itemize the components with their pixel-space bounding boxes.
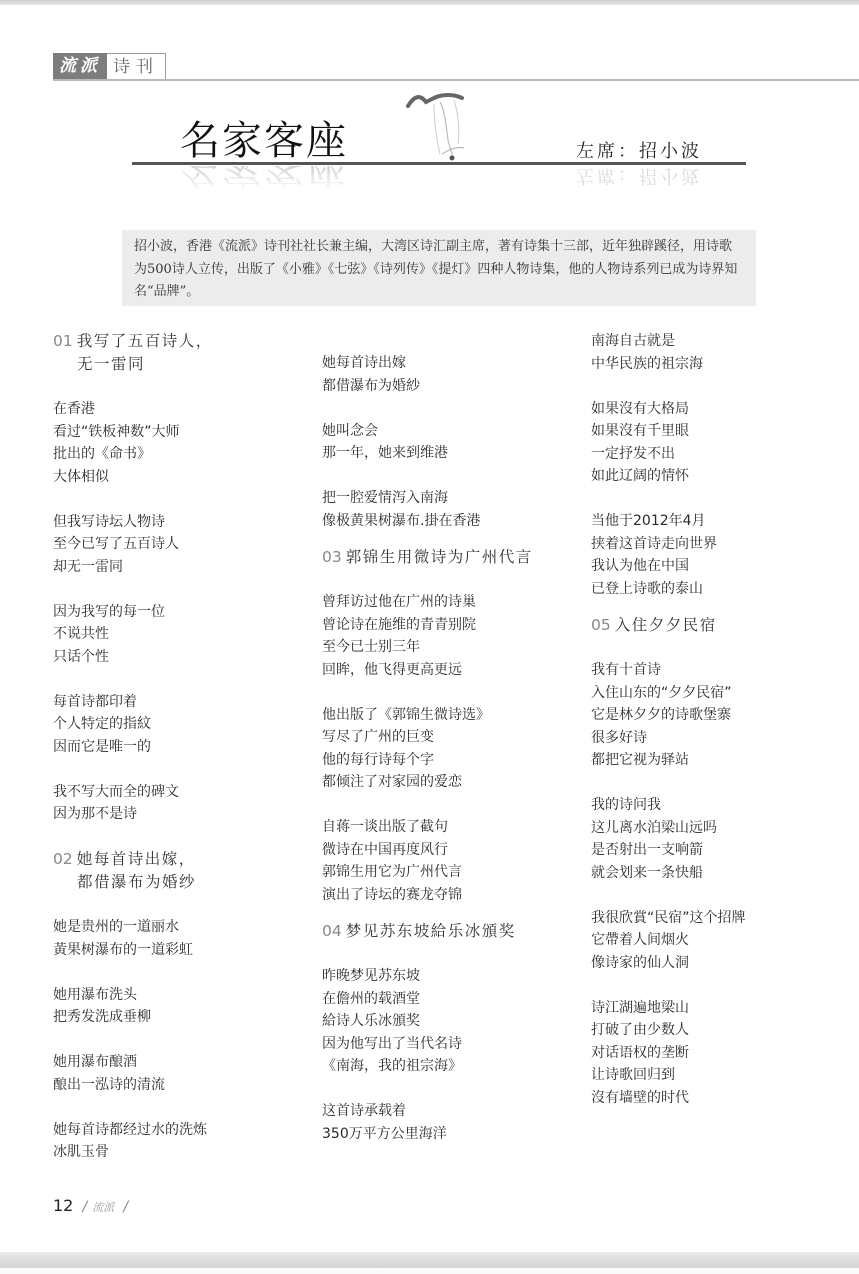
section-title-line2: 都借瀑布为婚纱 [53, 871, 303, 894]
poem-line: 黃果树瀑布的一道彩虹 [53, 939, 303, 962]
poem-line: 如果沒有千里眼 [591, 420, 841, 443]
host-byline-reflection: 左席：招小波 [576, 164, 702, 190]
poem-line: 不说共性 [53, 623, 303, 646]
poem-line: 350万平方公里海洋 [322, 1123, 572, 1146]
stanza: 如果沒有大格局 如果沒有千里眼 一定抒发不出 如此辽阔的情怀 [591, 398, 841, 488]
stanza: 曾拜访过他在广州的诗巢 曾论诗在施维的青青别院 至今已士别三年 回眸，他飞得更高… [322, 591, 572, 681]
stanza: 她用瀑布洗头 把秀发洗成垂柳 [53, 984, 303, 1029]
section-number: 05 [591, 616, 611, 634]
poem-line: 自蒋一谈出版了截句 [322, 816, 572, 839]
stanza: 在香港 看过“铁板神数”大师 批出的《命书》 大体相似 [53, 398, 303, 488]
stanza: 自蒋一谈出版了截句 微诗在中国再度风行 郭锦生用它为广州代言 演出了诗坛的赛龙夺… [322, 816, 572, 906]
poem-line: 至今已写了五百诗人 [53, 533, 303, 556]
poem-line: 它是林夕夕的诗歌堡寨 [591, 704, 841, 727]
poem-line: 沒有墙壁的时代 [591, 1087, 841, 1110]
section-heading-01: 01我写了五百诗人， 无一雷同 [53, 330, 303, 376]
footer-separator: / [123, 1199, 128, 1215]
poem-line: 給诗人乐冰頒奖 [322, 1010, 572, 1033]
poem-line: 当他于2012年4月 [591, 510, 841, 533]
stanza: 因为我写的每一位 不说共性 只话个性 [53, 601, 303, 669]
poem-line: 在儋州的载酒堂 [322, 988, 572, 1011]
author-intro: 招小波，香港《流派》诗刊社社长兼主编，大湾区诗汇副主席，著有诗集十三部，近年独辟… [122, 230, 756, 306]
column-3: 南海自古就是 中华民族的祖宗海 如果沒有大格局 如果沒有千里眼 一定抒发不出 如… [591, 330, 841, 1109]
poem-line: 让诗歌回归到 [591, 1064, 841, 1087]
poem-line: 她用瀑布洗头 [53, 984, 303, 1007]
masthead-logo: 流派 [53, 53, 107, 79]
poem-line: 像极黄果树瀑布.掛在香港 [322, 510, 572, 533]
stanza: 我有十首诗 入住山东的“夕夕民宿” 它是林夕夕的诗歌堡寨 很多好诗 都把它视为驿… [591, 659, 841, 772]
footer-separator: / [82, 1199, 87, 1215]
stanza: 她每首诗都经过水的洗炼 冰肌玉骨 [53, 1119, 303, 1164]
stanza: 每首诗都印着 个人特定的指紋 因而它是唯一的 [53, 691, 303, 759]
stanza: 我很欣賞“民宿”这个招牌 它帶着人间烟火 像诗家的仙人洞 [591, 907, 841, 975]
section-heading-02: 02她每首诗出嫁， 都借瀑布为婚纱 [53, 848, 303, 894]
masthead-subtitle: 诗刊 [107, 53, 166, 80]
poem-line: 因为他写出了当代名诗 [322, 1033, 572, 1056]
poem-line: 至今已士别三年 [322, 636, 572, 659]
poem-line: 却无一雷同 [53, 556, 303, 579]
poem-line: 因而它是唯一的 [53, 736, 303, 759]
poem-line: 我很欣賞“民宿”这个招牌 [591, 907, 841, 930]
column-1: 01我写了五百诗人， 无一雷同 在香港 看过“铁板神数”大师 批出的《命书》 大… [53, 330, 303, 1164]
ink-brush-icon [404, 84, 474, 164]
section-title: 她每首诗出嫁， [77, 850, 196, 868]
stanza: 南海自古就是 中华民族的祖宗海 [591, 330, 841, 375]
section-title: 郭锦生用微诗为广州代言 [346, 548, 533, 566]
poem-line: 那一年，她来到维港 [322, 442, 572, 465]
poem-line: 她每首诗出嫁 [322, 352, 572, 375]
poem-line: 微诗在中国再度风行 [322, 839, 572, 862]
poem-line: 就会划来一条快船 [591, 862, 841, 885]
poem-line: 每首诗都印着 [53, 691, 303, 714]
poem-line: 她是贵州的一道丽水 [53, 916, 303, 939]
footer-brand: 流派 [92, 1201, 114, 1214]
poem-line: 我的诗问我 [591, 794, 841, 817]
stanza: 当他于2012年4月 挟着这首诗走向世界 我认为他在中国 已登上诗歌的泰山 [591, 510, 841, 600]
poem-line: 冰肌玉骨 [53, 1141, 303, 1164]
poem-line: 因为那不是诗 [53, 803, 303, 826]
poem-line: 如果沒有大格局 [591, 398, 841, 421]
poem-line: 因为我写的每一位 [53, 601, 303, 624]
poem-line: 像诗家的仙人洞 [591, 952, 841, 975]
poem-line: 很多好诗 [591, 727, 841, 750]
stanza: 我的诗问我 这儿离水泊梁山远吗 是否射出一支响箭 就会划来一条快船 [591, 794, 841, 884]
poem-line: 在香港 [53, 398, 303, 421]
poem-line: 这首诗承载着 [322, 1100, 572, 1123]
poem-line: 写尽了广州的巨变 [322, 726, 572, 749]
poem-line: 只话个性 [53, 646, 303, 669]
poem-line: 昨晚梦见苏东坡 [322, 965, 572, 988]
page-title: 名家客座 [180, 118, 348, 164]
poem-line: 大体相似 [53, 466, 303, 489]
poem-line: 曾拜访过他在广州的诗巢 [322, 591, 572, 614]
poem-line: 挟着这首诗走向世界 [591, 533, 841, 556]
stanza: 她每首诗出嫁 都借瀑布为婚紗 [322, 352, 572, 397]
poem-line: 我不写大而全的碑文 [53, 781, 303, 804]
poem-line: 我认为他在中国 [591, 555, 841, 578]
stanza: 她用瀑布酿酒 酿出一泓诗的清流 [53, 1051, 303, 1096]
poem-line: 她每首诗都经过水的洗炼 [53, 1119, 303, 1142]
section-number: 01 [53, 332, 73, 350]
stanza: 诗江湖遍地梁山 打破了由少数人 对话语权的垄断 让诗歌回归到 沒有墙壁的时代 [591, 997, 841, 1110]
poem-line: 《南海，我的祖宗海》 [322, 1055, 572, 1078]
poem-line: 南海自古就是 [591, 330, 841, 353]
poem-line: 如此辽阔的情怀 [591, 465, 841, 488]
page-top-edge [0, 0, 859, 5]
poem-line: 郭锦生用它为广州代言 [322, 861, 572, 884]
poem-line: 都借瀑布为婚紗 [322, 375, 572, 398]
poem-line: 是否射出一支响箭 [591, 839, 841, 862]
page-bottom-edge [0, 1252, 859, 1268]
stanza: 把一腔爱情泻入南海 像极黄果树瀑布.掛在香港 [322, 487, 572, 532]
page-title-reflection: 名家客座 [180, 166, 348, 192]
poem-line: 把一腔爱情泻入南海 [322, 487, 572, 510]
section-number: 02 [53, 850, 73, 868]
section-title: 我写了五百诗人， [77, 332, 213, 350]
section-heading-03: 03郭锦生用微诗为广州代言 [322, 546, 572, 569]
stanza: 但我写诗坛人物诗 至今已写了五百诗人 却无一雷同 [53, 511, 303, 579]
poem-line: 演出了诗坛的赛龙夺锦 [322, 884, 572, 907]
poem-line: 入住山东的“夕夕民宿” [591, 682, 841, 705]
poem-line: 酿出一泓诗的清流 [53, 1074, 303, 1097]
section-title: 梦见苏东坡給乐冰頒奖 [346, 922, 516, 940]
poem-line: 他出版了《郭锦生微诗选》 [322, 704, 572, 727]
section-number: 03 [322, 548, 342, 566]
poem-line: 批出的《命书》 [53, 443, 303, 466]
poem-line: 已登上诗歌的泰山 [591, 578, 841, 601]
poem-line: 中华民族的祖宗海 [591, 353, 841, 376]
poem-line: 对话语权的垄断 [591, 1042, 841, 1065]
host-byline: 左席：招小波 [576, 137, 702, 163]
column-2: 她每首诗出嫁 都借瀑布为婚紗 她叫念会 那一年，她来到维港 把一腔爱情泻入南海 … [322, 352, 572, 1145]
poem-line: 把秀发洗成垂柳 [53, 1006, 303, 1029]
stanza: 这首诗承载着 350万平方公里海洋 [322, 1100, 572, 1145]
stanza: 她是贵州的一道丽水 黃果树瀑布的一道彩虹 [53, 916, 303, 961]
poem-line: 她用瀑布酿酒 [53, 1051, 303, 1074]
poem-line: 他的每行诗每个字 [322, 749, 572, 772]
stanza: 他出版了《郭锦生微诗选》 写尽了广州的巨变 他的每行诗每个字 都倾注了对家园的爱… [322, 704, 572, 794]
poem-line: 它帶着人间烟火 [591, 929, 841, 952]
poem-line: 打破了由少数人 [591, 1019, 841, 1042]
stanza: 她叫念会 那一年，她来到维港 [322, 420, 572, 465]
poem-line: 她叫念会 [322, 420, 572, 443]
stanza: 我不写大而全的碑文 因为那不是诗 [53, 781, 303, 826]
poem-line: 一定抒发不出 [591, 443, 841, 466]
poem-line: 但我写诗坛人物诗 [53, 511, 303, 534]
poem-line: 曾论诗在施维的青青别院 [322, 614, 572, 637]
poem-line: 回眸，他飞得更高更远 [322, 659, 572, 682]
poem-line: 诗江湖遍地梁山 [591, 997, 841, 1020]
section-heading-05: 05入住夕夕民宿 [591, 614, 841, 637]
stanza: 昨晚梦见苏东坡 在儋州的载酒堂 給诗人乐冰頒奖 因为他写出了当代名诗 《南海，我… [322, 965, 572, 1078]
page-footer: 12 / 流派 / [53, 1196, 128, 1215]
page-number: 12 [53, 1196, 73, 1215]
poem-line: 这儿离水泊梁山远吗 [591, 817, 841, 840]
section-title-line2: 无一雷同 [53, 353, 303, 376]
poem-line: 看过“铁板神数”大师 [53, 421, 303, 444]
masthead-rule [53, 79, 859, 81]
masthead: 流派 诗刊 [53, 53, 166, 79]
poem-line: 我有十首诗 [591, 659, 841, 682]
poem-line: 都把它视为驿站 [591, 749, 841, 772]
page-bottom-margin [0, 1268, 859, 1274]
section-title: 入住夕夕民宿 [615, 616, 717, 634]
section-heading-04: 04梦见苏东坡給乐冰頒奖 [322, 920, 572, 943]
section-number: 04 [322, 922, 342, 940]
poem-line: 个人特定的指紋 [53, 713, 303, 736]
poem-line: 都倾注了对家园的爱恋 [322, 771, 572, 794]
